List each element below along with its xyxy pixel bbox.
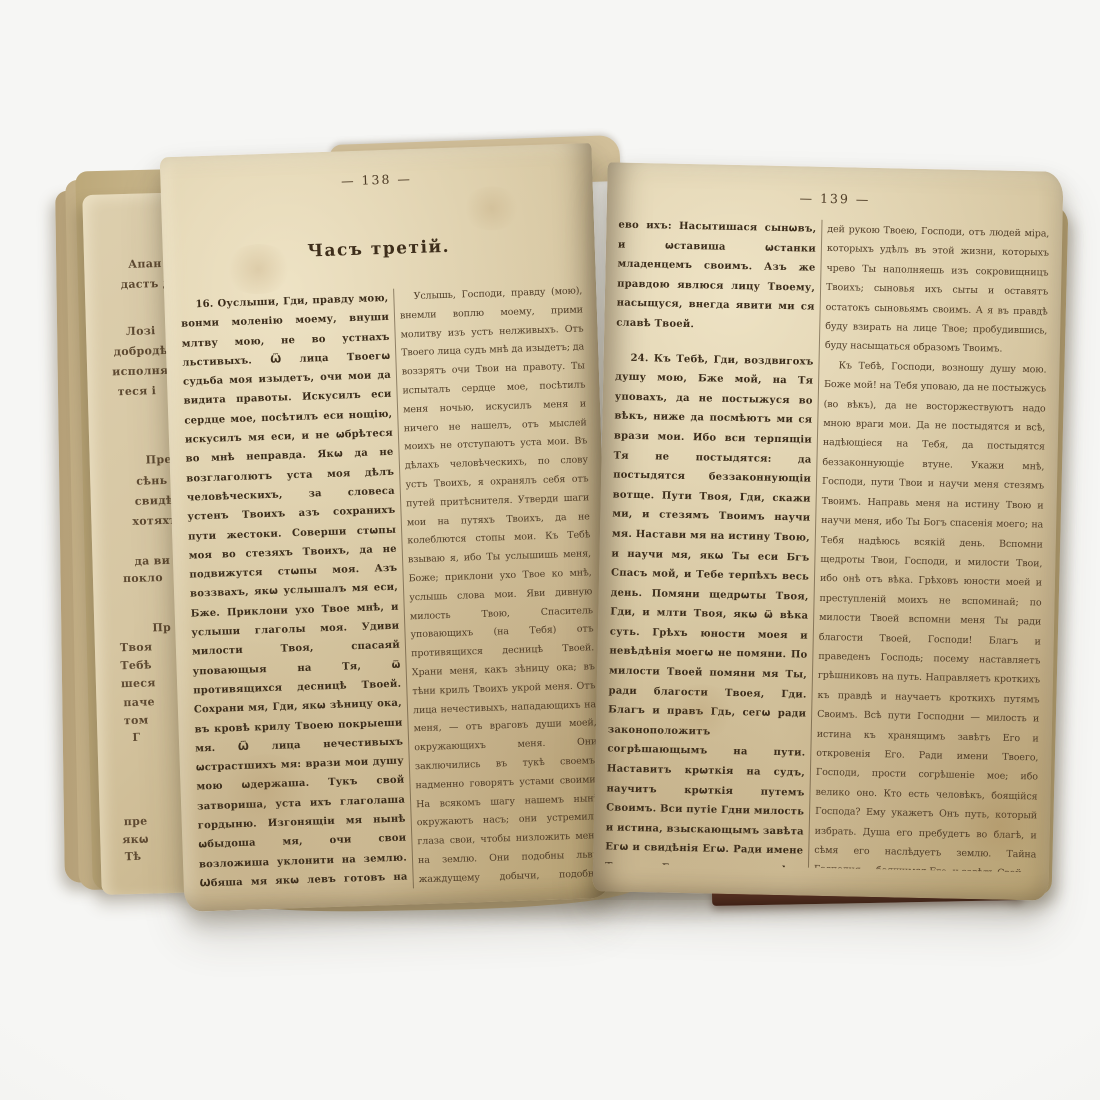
russian-psalm-16-end: дей рукою Твоею, Господи, отъ людей міра… <box>825 220 1050 360</box>
under-page-text-fragment: покло <box>123 571 163 585</box>
foxing-spot <box>461 185 522 231</box>
right-page-columns: ево ихъ: Насытишася сынѡвъ, и ѡставиша ѡ… <box>593 215 1062 872</box>
under-page-text-fragment: добродѣ <box>113 344 168 359</box>
left-page-slavonic-column: 16. Оуслыши, Гди, правду мою, вонми моле… <box>180 289 408 896</box>
left-page-russian-column: Услышь, Господи, правду (мою), внемли во… <box>399 282 602 888</box>
slavonic-psalm-16: 16. Оуслыши, Гди, правду мою, вонми моле… <box>180 289 408 896</box>
right-page-slavonic-column: ево ихъ: Насытишася сынѡвъ, и ѡставиша ѡ… <box>605 216 817 868</box>
right-page-russian-column: дей рукою Твоею, Господи, отъ людей міра… <box>814 220 1050 873</box>
under-page-text-fragment: да ви <box>134 554 170 568</box>
page-number-139: — 139 — <box>607 186 1063 211</box>
under-page-text-fragment: Апан <box>128 257 162 271</box>
russian-psalm-16: Услышь, Господи, правду (мою), внемли во… <box>399 282 602 888</box>
under-page-text-fragment: паче <box>123 695 155 709</box>
under-page-text-fragment: шеся <box>121 676 156 690</box>
page-number-138: — 138 — <box>160 165 592 194</box>
photo-scene: Апан дастъ д Лозі добродѣ исполня теся і… <box>0 0 1100 1100</box>
left-page-columns: 16. Оуслыши, Гди, правду мою, вонми моле… <box>164 282 616 896</box>
under-page-text-fragment: Пр <box>152 621 171 635</box>
under-page-text-fragment: Тебѣ <box>120 658 152 672</box>
under-page-text-fragment: якѡ <box>122 833 149 847</box>
left-page: — 138 — Часъ третій. 16. Оуслыши, Гди, п… <box>160 143 617 912</box>
slavonic-psalm-16-end: ево ихъ: Насытишася сынѡвъ, и ѡставиша ѡ… <box>616 216 816 338</box>
under-page-text-fragment: исполня <box>112 364 169 379</box>
under-page-text-fragment: Лозі <box>126 324 156 338</box>
under-page-text-fragment: пре <box>124 815 148 829</box>
russian-psalm-24: Къ Тебѣ, Господи, возношу душу мою. Боже… <box>814 356 1047 873</box>
chapter-heading: Часъ третій. <box>163 232 595 266</box>
under-page-text-fragment: свидѣ <box>135 494 174 508</box>
slavonic-psalm-24: 24. Къ Тебѣ, Гди, воздвигохъ душу мою, Б… <box>605 348 814 867</box>
right-page: — 139 — ево ихъ: Насытишася сынѡвъ, и ѡс… <box>592 162 1063 900</box>
under-page-text-fragment: Тѣ <box>125 850 142 863</box>
under-page-text-fragment: Пре <box>145 453 171 467</box>
under-page-text-fragment: теся і <box>118 384 157 398</box>
under-page-text-fragment: Г <box>132 731 140 744</box>
under-page-text-fragment: том <box>124 714 149 728</box>
under-page-text-fragment: Твоя <box>120 640 153 654</box>
